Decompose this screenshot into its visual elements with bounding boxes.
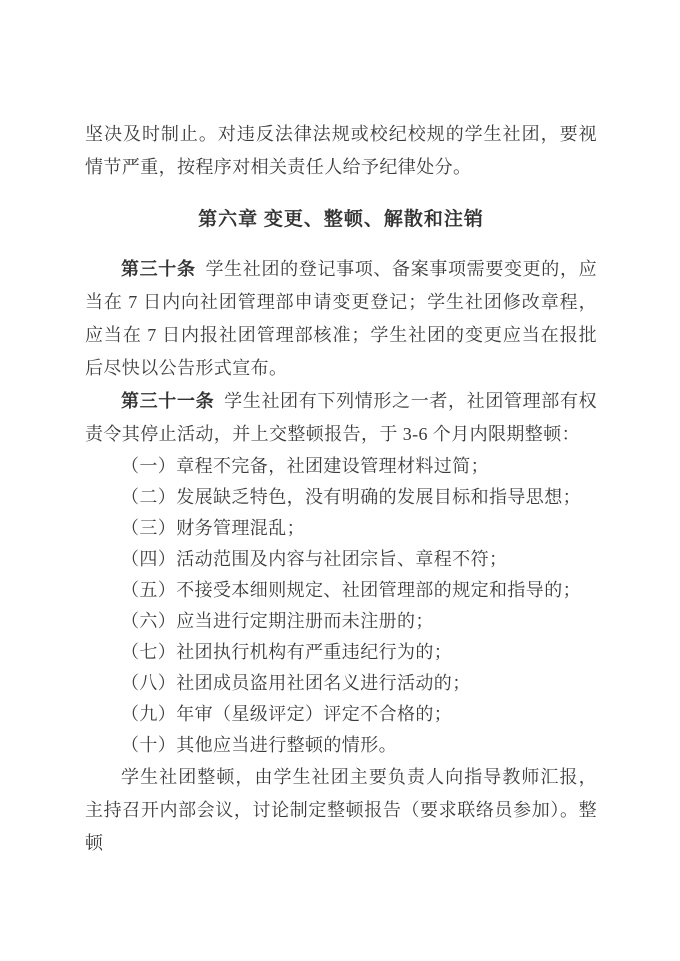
- document-page: { "colors": { "background": "#ffffff", "…: [0, 0, 680, 961]
- article-31-paragraph: 第三十一条学生社团有下列情形之一者，社团管理部有权责令其停止活动，并上交整顿报告…: [85, 385, 597, 451]
- list-item-3: （三）财务管理混乱；: [85, 513, 597, 544]
- list-item-4: （四）活动范围及内容与社团宗旨、章程不符；: [85, 544, 597, 575]
- article-30-number: 第三十条: [121, 259, 196, 279]
- list-item-5: （五）不接受本细则规定、社团管理部的规定和指导的；: [85, 575, 597, 606]
- list-item-6: （六）应当进行定期注册而未注册的；: [85, 606, 597, 637]
- chapter-heading: 第六章 变更、整顿、解散和注销: [85, 204, 597, 236]
- list-item-10: （十）其他应当进行整顿的情形。: [85, 730, 597, 761]
- article-30-paragraph: 第三十条学生社团的登记事项、备案事项需要变更的，应当在 7 日内向社团管理部申请…: [85, 253, 597, 385]
- list-item-1: （一）章程不完备，社团建设管理材料过简；: [85, 451, 597, 482]
- list-item-8: （八）社团成员盗用社团名义进行活动的；: [85, 668, 597, 699]
- continuation-paragraph: 坚决及时制止。对违反法律法规或校纪校规的学生社团，要视情节严重，按程序对相关责任…: [85, 118, 597, 184]
- page-body: 坚决及时制止。对违反法律法规或校纪校规的学生社团，要视情节严重，按程序对相关责任…: [0, 0, 680, 961]
- list-item-7: （七）社团执行机构有严重违纪行为的；: [85, 637, 597, 668]
- closing-paragraph: 学生社团整顿，由学生社团主要负责人向指导教师汇报，主持召开内部会议，讨论制定整顿…: [85, 761, 597, 860]
- list-item-9: （九）年审（星级评定）评定不合格的；: [85, 699, 597, 730]
- article-31-number: 第三十一条: [121, 391, 214, 411]
- list-item-2: （二）发展缺乏特色，没有明确的发展目标和指导思想；: [85, 482, 597, 513]
